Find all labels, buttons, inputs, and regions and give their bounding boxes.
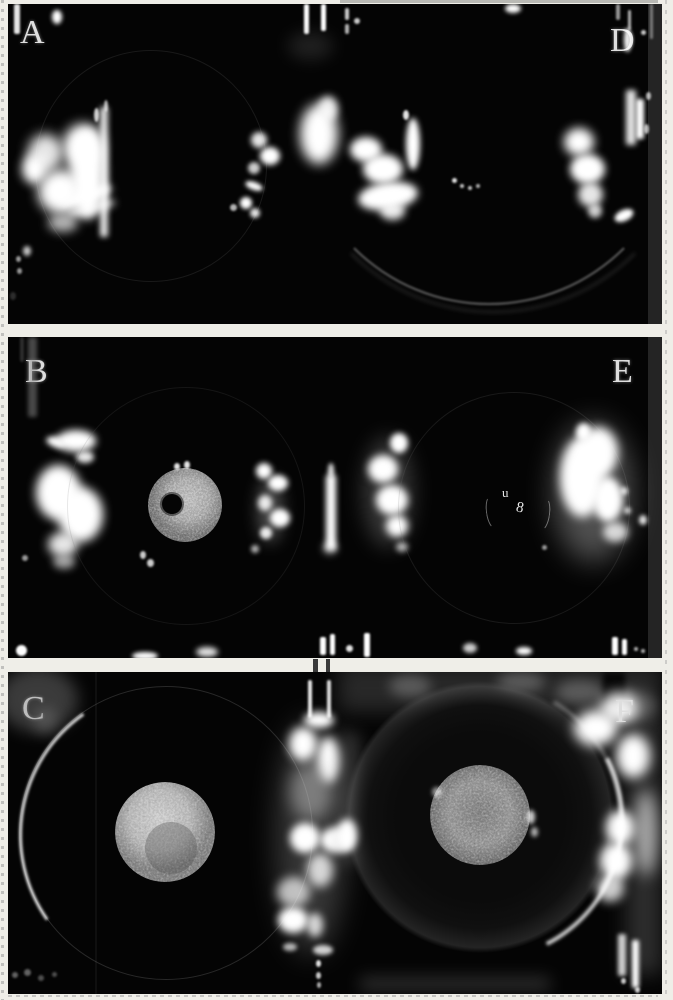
speck-dot (316, 960, 321, 967)
glow-streak (622, 639, 627, 655)
speck-dot (147, 559, 154, 567)
glow-blob (290, 763, 333, 820)
photo-row-2: B E (8, 337, 662, 658)
speck-dot (634, 647, 638, 651)
speck-dot (432, 787, 442, 797)
glow-blob (304, 712, 334, 728)
haze-patch (33, 707, 58, 735)
left-scan-edge (1, 0, 4, 1000)
glow-blob (132, 652, 158, 658)
glow-blob (596, 874, 624, 902)
speck-dot (621, 978, 626, 984)
speck-dot (346, 645, 353, 652)
condensation-mark-u: u (502, 485, 509, 501)
speck-dot (10, 292, 16, 300)
speck-dot (624, 507, 631, 514)
speck-dot (184, 461, 190, 469)
speck-dot (22, 555, 28, 561)
speck-dot (16, 256, 21, 262)
figure-page: A D (0, 0, 673, 1000)
glow-streak (28, 337, 37, 417)
glow-streak (320, 637, 326, 655)
glow-blob (283, 943, 297, 951)
speck-dot (527, 810, 535, 824)
glow-blob (268, 475, 288, 491)
glow-streak (94, 108, 99, 122)
colony-disc (113, 780, 217, 884)
glow-blob (289, 727, 317, 761)
photo-row-1: A D (8, 4, 662, 324)
glow-streak (364, 633, 370, 657)
glow-blob (639, 515, 647, 525)
speck-dot (24, 969, 31, 976)
speck-dot (230, 204, 237, 211)
speck-dot (52, 972, 57, 977)
gap-artifact (326, 659, 330, 672)
glow-blob (576, 423, 591, 441)
colony-disc-donut (136, 456, 234, 554)
speck-dot (531, 827, 538, 837)
glow-blob (53, 555, 75, 569)
glow-blob (603, 522, 628, 542)
speck-dot (620, 487, 628, 495)
speck-dot (251, 545, 259, 553)
glow-streak (326, 475, 336, 550)
glow-blob (337, 819, 357, 851)
glow-blob (463, 643, 477, 653)
haze-patch (360, 977, 550, 991)
glow-streak (612, 637, 618, 655)
right-scan-edge (665, 0, 667, 1000)
speck-dot (17, 268, 22, 274)
glow-blob (52, 10, 62, 24)
speck-dot (641, 649, 645, 653)
speck-dot (174, 463, 180, 470)
gap-artifact (313, 659, 318, 672)
glow-blob (390, 433, 408, 453)
haze-patch (556, 680, 604, 704)
glow-blob (634, 790, 658, 876)
glow-blob (313, 945, 333, 955)
glow-blob (256, 463, 272, 479)
glow-blob (307, 913, 323, 937)
panel-f-label: F (615, 695, 634, 729)
glow-blob (260, 527, 272, 539)
glow-blob (323, 542, 337, 554)
dish-crescent (291, 4, 662, 313)
panel-e-label: E (612, 355, 633, 389)
top-scan-edge (340, 0, 658, 3)
glow-streak (330, 634, 335, 655)
glow-blob (368, 455, 398, 483)
glow-streak (20, 337, 24, 362)
speck-dot (317, 982, 321, 988)
glow-blob (270, 509, 290, 527)
speck-dot (635, 987, 640, 993)
speck-dot (23, 246, 31, 256)
panel-a-label: A (20, 16, 45, 50)
glow-blob (251, 132, 267, 148)
colony-disc (428, 763, 532, 867)
glow-blob (258, 495, 272, 511)
photo-right-margin (648, 337, 662, 658)
glow-streak (327, 680, 331, 718)
glow-blob (250, 208, 260, 218)
speck-dot (16, 645, 27, 656)
glow-blob (196, 647, 218, 657)
glow-blob (248, 162, 260, 174)
glow-streak (618, 934, 626, 976)
glow-blob (278, 907, 308, 933)
speck-dot (316, 972, 321, 979)
photo-row-3: C F (8, 672, 662, 994)
glow-blob (240, 197, 252, 209)
speck-dot (542, 545, 547, 550)
glow-blob (516, 647, 532, 655)
glow-streak (104, 100, 108, 112)
glow-blob (616, 734, 650, 778)
speck-dot (140, 551, 146, 559)
glow-blob (593, 477, 623, 522)
glow-blob (260, 147, 280, 165)
glow-blob (48, 214, 78, 232)
glow-blob (277, 877, 310, 907)
speck-dot (38, 975, 44, 981)
glow-blob (307, 853, 333, 887)
glow-streak (632, 940, 639, 988)
glow-blob (606, 810, 634, 846)
speck-dot (12, 972, 18, 978)
glow-blob (290, 823, 320, 853)
glow-streak (14, 4, 20, 34)
bottom-scan-edge (8, 995, 658, 997)
